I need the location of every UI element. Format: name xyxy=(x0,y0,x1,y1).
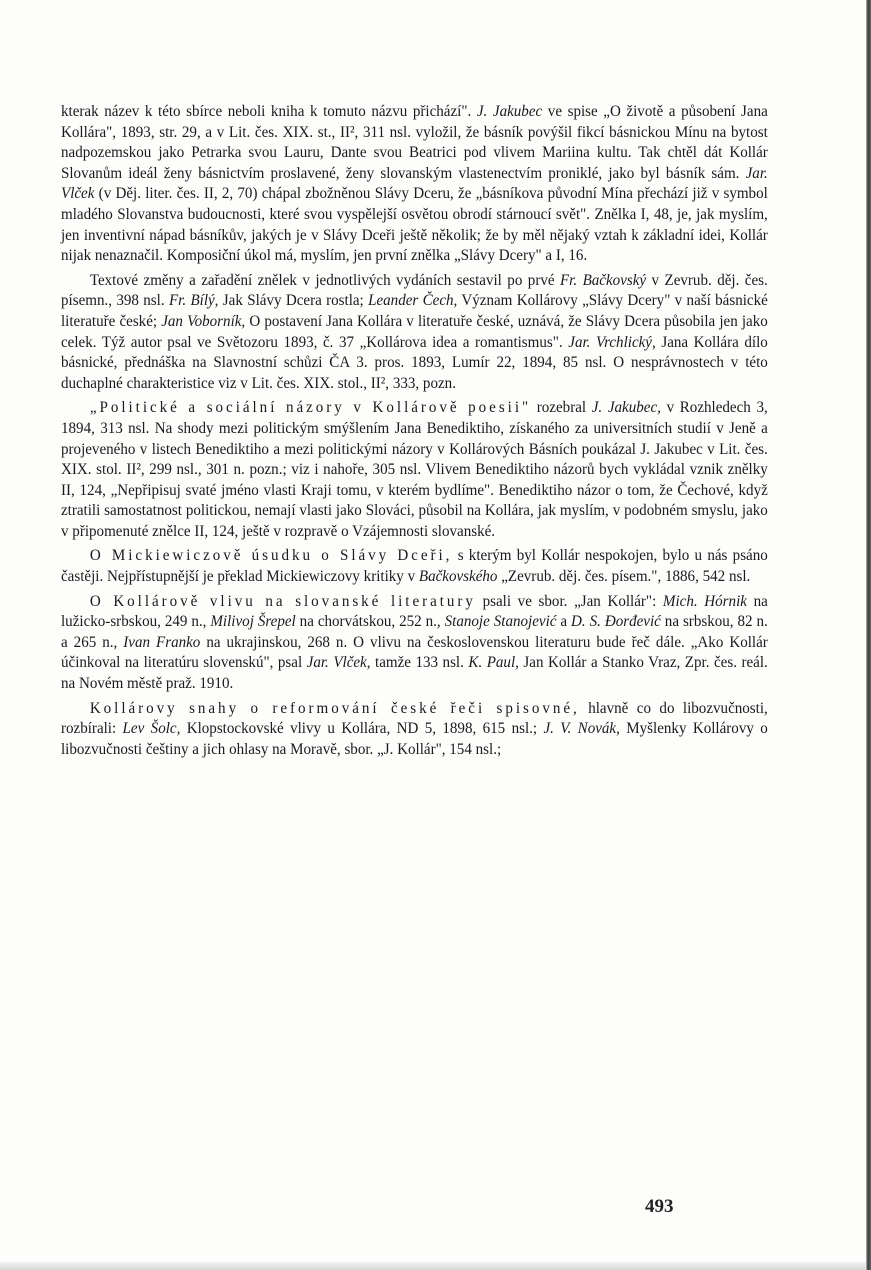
paragraph: O Mickiewiczově úsudku o Slávy Dceři, s … xyxy=(61,545,768,586)
book-page: kterak název k této sbírce neboli kniha … xyxy=(0,0,866,1262)
text-run: v Rozhledech 3, 1894, 313 nsl. Na shody … xyxy=(61,398,768,540)
text-run: (v Děj. liter. čes. II, 2, 70) chápal zb… xyxy=(61,184,768,264)
italic-citation: Stanoje Stanojević xyxy=(445,612,557,630)
text-run: psali ve sbor. „Jan Kollár": xyxy=(476,592,663,610)
italic-citation: J. V. Novák, xyxy=(543,719,619,737)
page-bottom-edge xyxy=(0,1262,866,1270)
italic-citation: Bačkovského xyxy=(419,567,498,585)
text-run: Klopstockovské vlivy u Kollára, ND 5, 18… xyxy=(180,719,543,737)
italic-citation: Jar. Vlček, xyxy=(307,653,371,671)
text-run: na chorvátskou, 252 n., xyxy=(296,612,445,630)
italic-citation: Mich. Hórnik xyxy=(663,592,747,610)
italic-citation: Lev Šolc, xyxy=(123,719,181,737)
italic-citation: Leander Čech, xyxy=(368,291,457,309)
paragraph: „Politické a sociální názory v Kollárově… xyxy=(61,397,768,541)
text-run: kterak název k této sbírce neboli kniha … xyxy=(61,102,477,120)
text-run: tamže 133 nsl. xyxy=(371,653,469,671)
text-run: Textové změny a zařadění znělek v jednot… xyxy=(90,271,560,289)
spaced-heading: O Kollárově vlivu na slovanské literatur… xyxy=(90,592,476,610)
paragraph: Kollárovy snahy o reformování české řeči… xyxy=(61,698,768,760)
spaced-heading: „Politické a sociální názory v Kollárově… xyxy=(90,398,531,416)
text-run: Jak Slávy Dcera rostla; xyxy=(218,291,368,309)
italic-citation: Milivoj Šrepel xyxy=(210,612,295,630)
italic-citation: J. Jakubec, xyxy=(592,398,661,416)
italic-citation: Jan Voborník, xyxy=(161,312,245,330)
page-right-edge xyxy=(866,0,871,1270)
italic-citation: Fr. Bílý, xyxy=(169,291,219,309)
italic-citation: D. S. Đorđević xyxy=(571,612,661,630)
italic-citation: K. Paul, xyxy=(468,653,519,671)
page-number: 493 xyxy=(645,1196,674,1218)
text-run: a xyxy=(556,612,571,630)
paragraph: Textové změny a zařadění znělek v jednot… xyxy=(61,270,768,394)
spaced-heading: O Mickiewiczově úsudku o Slávy Dceři, xyxy=(90,546,453,564)
paragraph: O Kollárově vlivu na slovanské literatur… xyxy=(61,591,768,694)
italic-citation: Fr. Bačkovský xyxy=(560,271,646,289)
italic-citation: Jar. Vrchlický, xyxy=(568,333,656,351)
paragraph: kterak název k této sbírce neboli kniha … xyxy=(61,101,768,266)
text-run: „Zevrub. děj. čes. písem.", 1886, 542 ns… xyxy=(497,567,750,585)
italic-citation: Ivan Franko xyxy=(123,633,200,651)
spaced-heading: Kollárovy snahy o reformování české řeči… xyxy=(90,699,580,717)
body-text: kterak název k této sbírce neboli kniha … xyxy=(61,101,768,759)
text-run: rozebral xyxy=(531,398,592,416)
italic-citation: J. Jakubec xyxy=(477,102,542,120)
